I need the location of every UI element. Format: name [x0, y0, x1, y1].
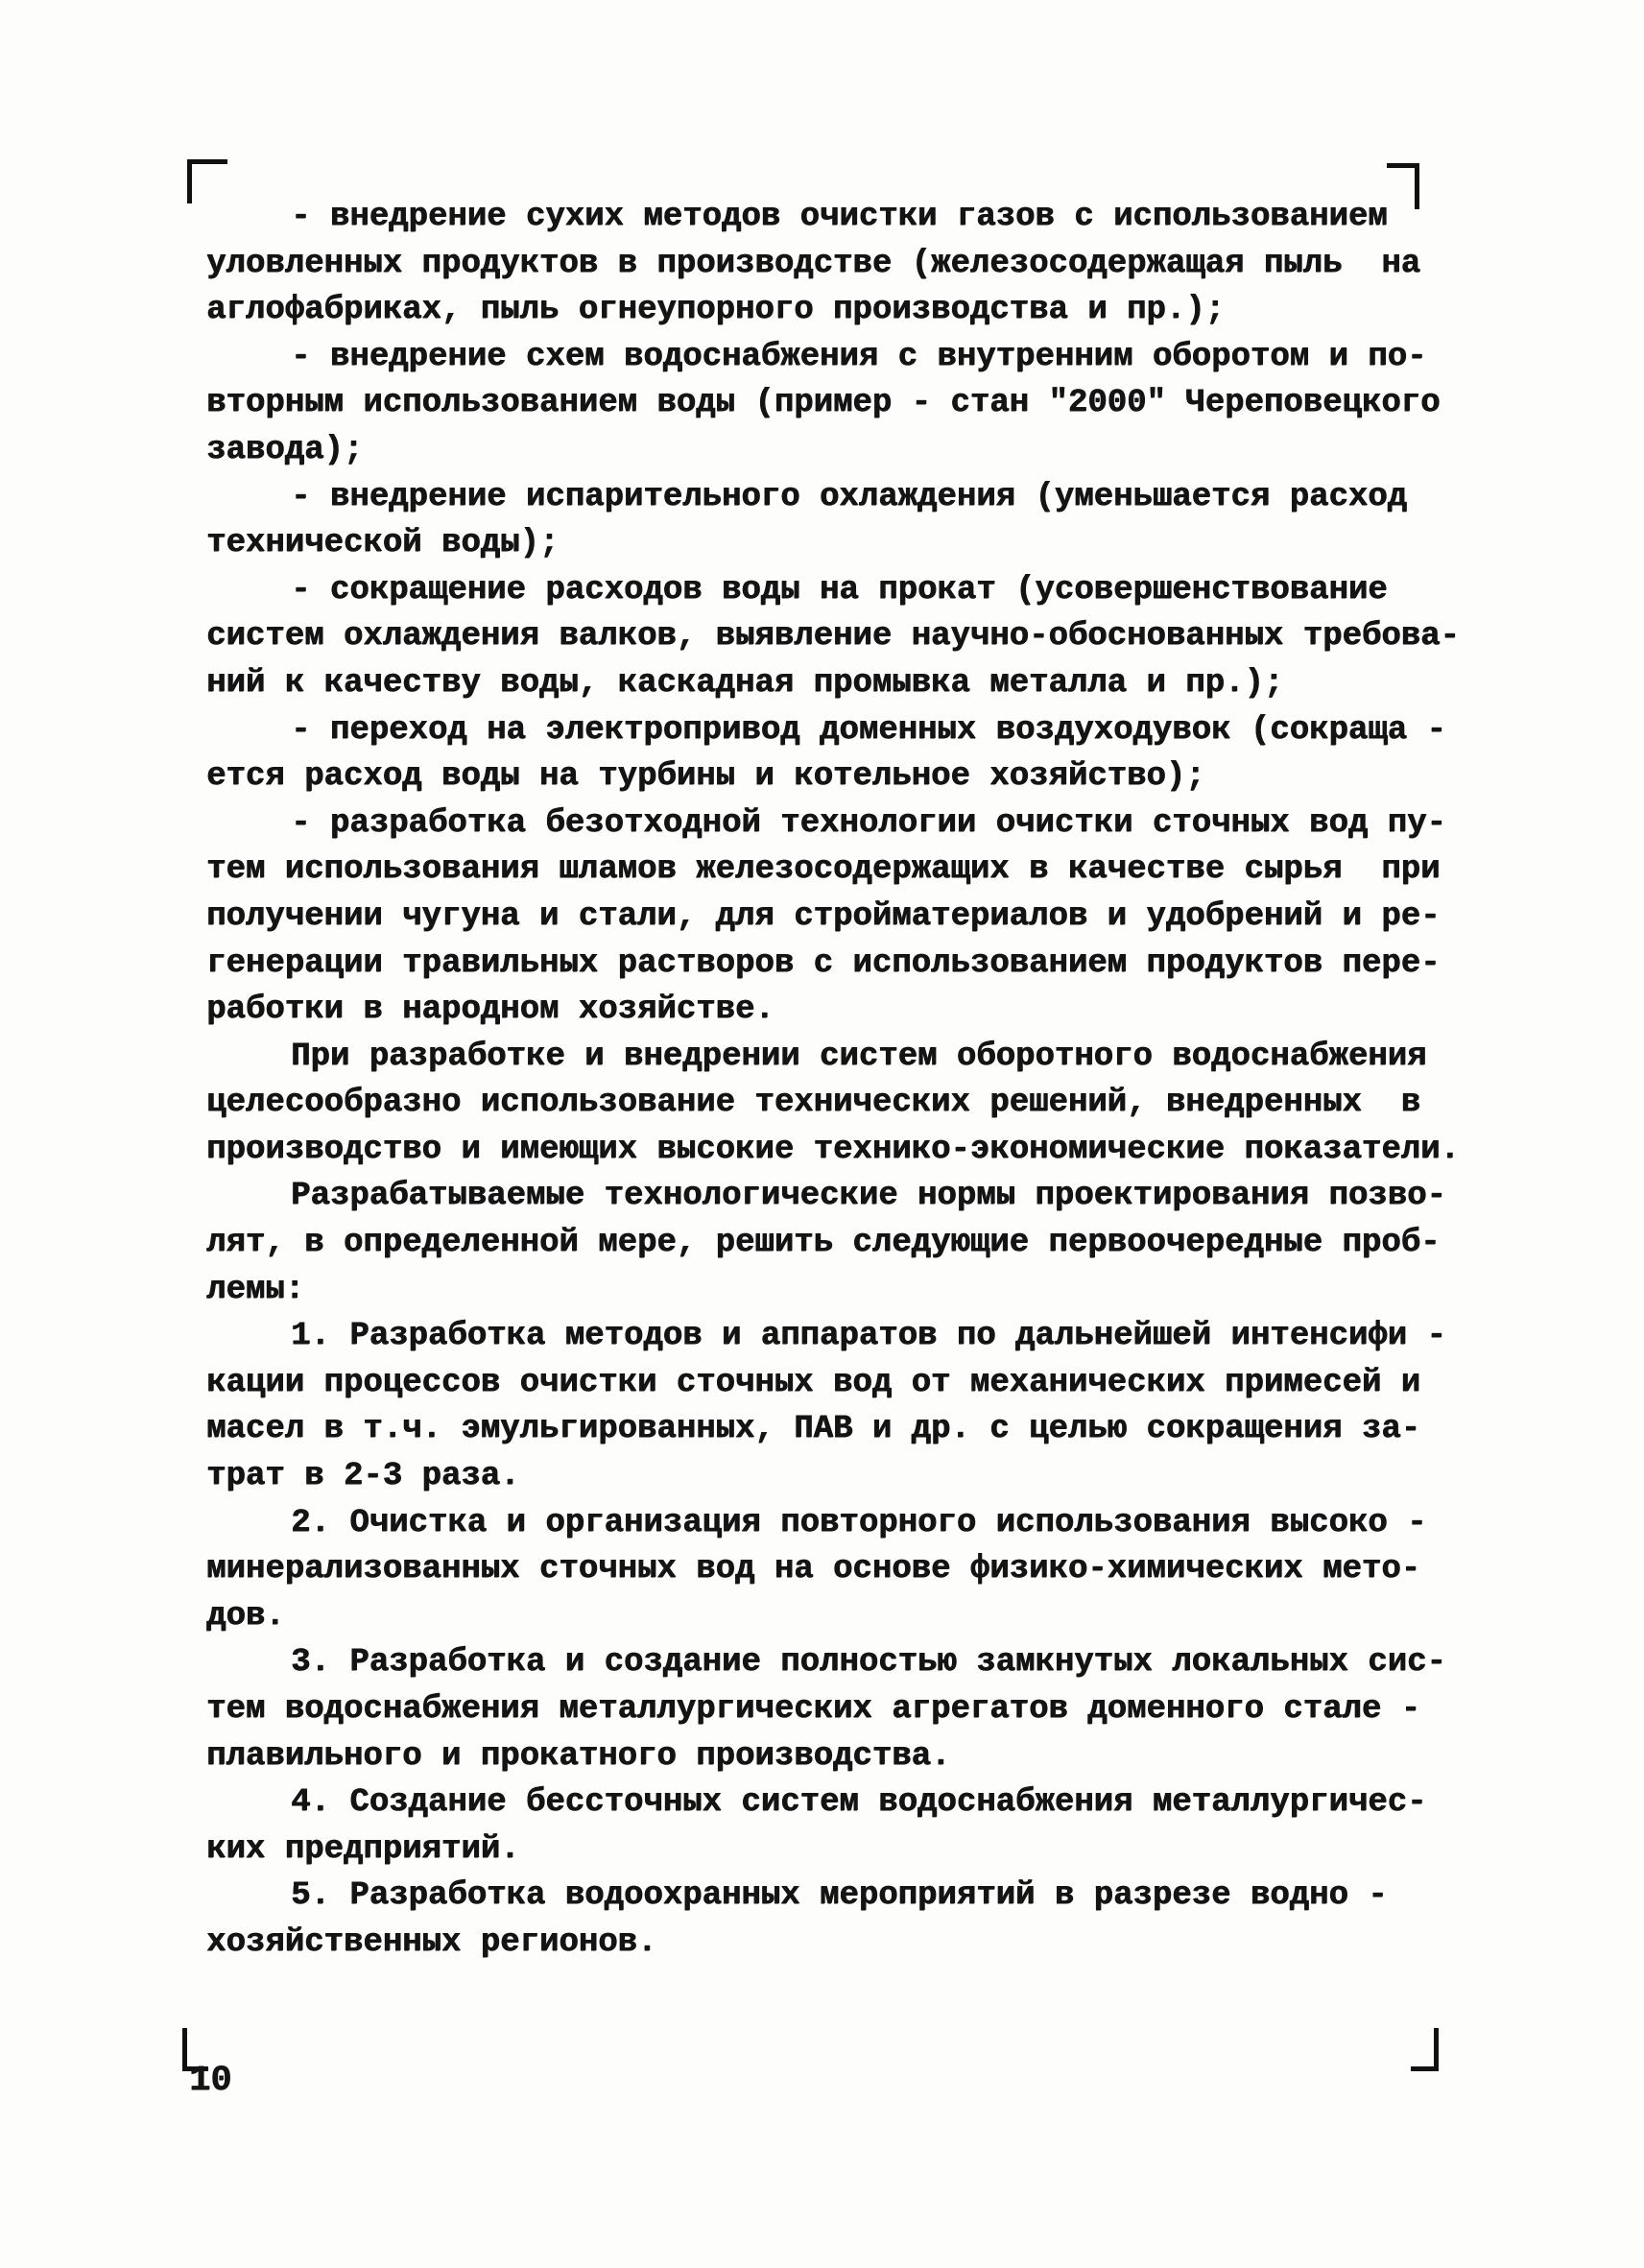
text-line: При разработке и внедрении систем оборот… — [206, 1034, 1473, 1081]
text-line: 3. Разработка и создание полностью замкн… — [206, 1639, 1473, 1686]
text-line: завода); — [206, 427, 1473, 474]
text-line: плавильного и прокатного производства. — [206, 1733, 1473, 1780]
text-line: Разрабатываемые технологические нормы пр… — [206, 1173, 1473, 1220]
text-line: систем охлаждения валков, выявление науч… — [206, 613, 1473, 660]
text-line: 2. Очистка и организация повторного испо… — [206, 1500, 1473, 1547]
text-line: ких предприятий. — [206, 1826, 1473, 1874]
text-line: кации процессов очистки сточных вод от м… — [206, 1360, 1473, 1407]
text-line: аглофабриках, пыль огнеупорного производ… — [206, 287, 1473, 334]
text-line: технической воды); — [206, 520, 1473, 567]
text-line: уловленных продуктов в производстве (жел… — [206, 241, 1473, 288]
text-line: трат в 2-3 раза. — [206, 1453, 1473, 1500]
crop-mark-bottom-right-icon — [1411, 2028, 1439, 2071]
text-line: лят, в определенной мере, решить следующ… — [206, 1220, 1473, 1267]
text-line: 5. Разработка водоохранных мероприятий в… — [206, 1873, 1473, 1920]
typewritten-text: - внедрение сухих методов очистки газов … — [206, 194, 1473, 1967]
text-line: получении чугуна и стали, для стройматер… — [206, 894, 1473, 941]
text-line: - переход на электропривод доменных возд… — [206, 707, 1473, 754]
text-line: 4. Создание бессточных систем водоснабже… — [206, 1779, 1473, 1826]
text-line: ется расход воды на турбины и котельное … — [206, 753, 1473, 800]
page-number: 10 — [189, 2060, 231, 2102]
text-line: работки в народном хозяйстве. — [206, 987, 1473, 1034]
text-line: масел в т.ч. эмульгированных, ПАВ и др. … — [206, 1406, 1473, 1453]
text-line: - разработка безотходной технологии очис… — [206, 800, 1473, 848]
text-line: хозяйственных регионов. — [206, 1920, 1473, 1967]
text-line: - внедрение схем водоснабжения с внутрен… — [206, 334, 1473, 381]
text-line: целесообразно использование технических … — [206, 1080, 1473, 1127]
text-line: лемы: — [206, 1267, 1473, 1314]
text-line: - внедрение испарительного охлаждения (у… — [206, 474, 1473, 521]
text-line: ний к качеству воды, каскадная промывка … — [206, 660, 1473, 707]
text-line: тем водоснабжения металлургических агрег… — [206, 1686, 1473, 1733]
text-line: производство и имеющих высокие технико-э… — [206, 1127, 1473, 1174]
text-line: дов. — [206, 1593, 1473, 1640]
text-line: 1. Разработка методов и аппаратов по дал… — [206, 1313, 1473, 1360]
document-page: - внедрение сухих методов очистки газов … — [0, 0, 1644, 2268]
text-line: генерации травильных растворов с использ… — [206, 941, 1473, 988]
text-line: - сокращение расходов воды на прокат (ус… — [206, 567, 1473, 614]
text-line: тем использования шламов железосодержащи… — [206, 847, 1473, 894]
text-line: минерализованных сточных вод на основе ф… — [206, 1546, 1473, 1593]
text-line: - внедрение сухих методов очистки газов … — [206, 194, 1473, 241]
text-line: вторным использованием воды (пример - ст… — [206, 380, 1473, 427]
